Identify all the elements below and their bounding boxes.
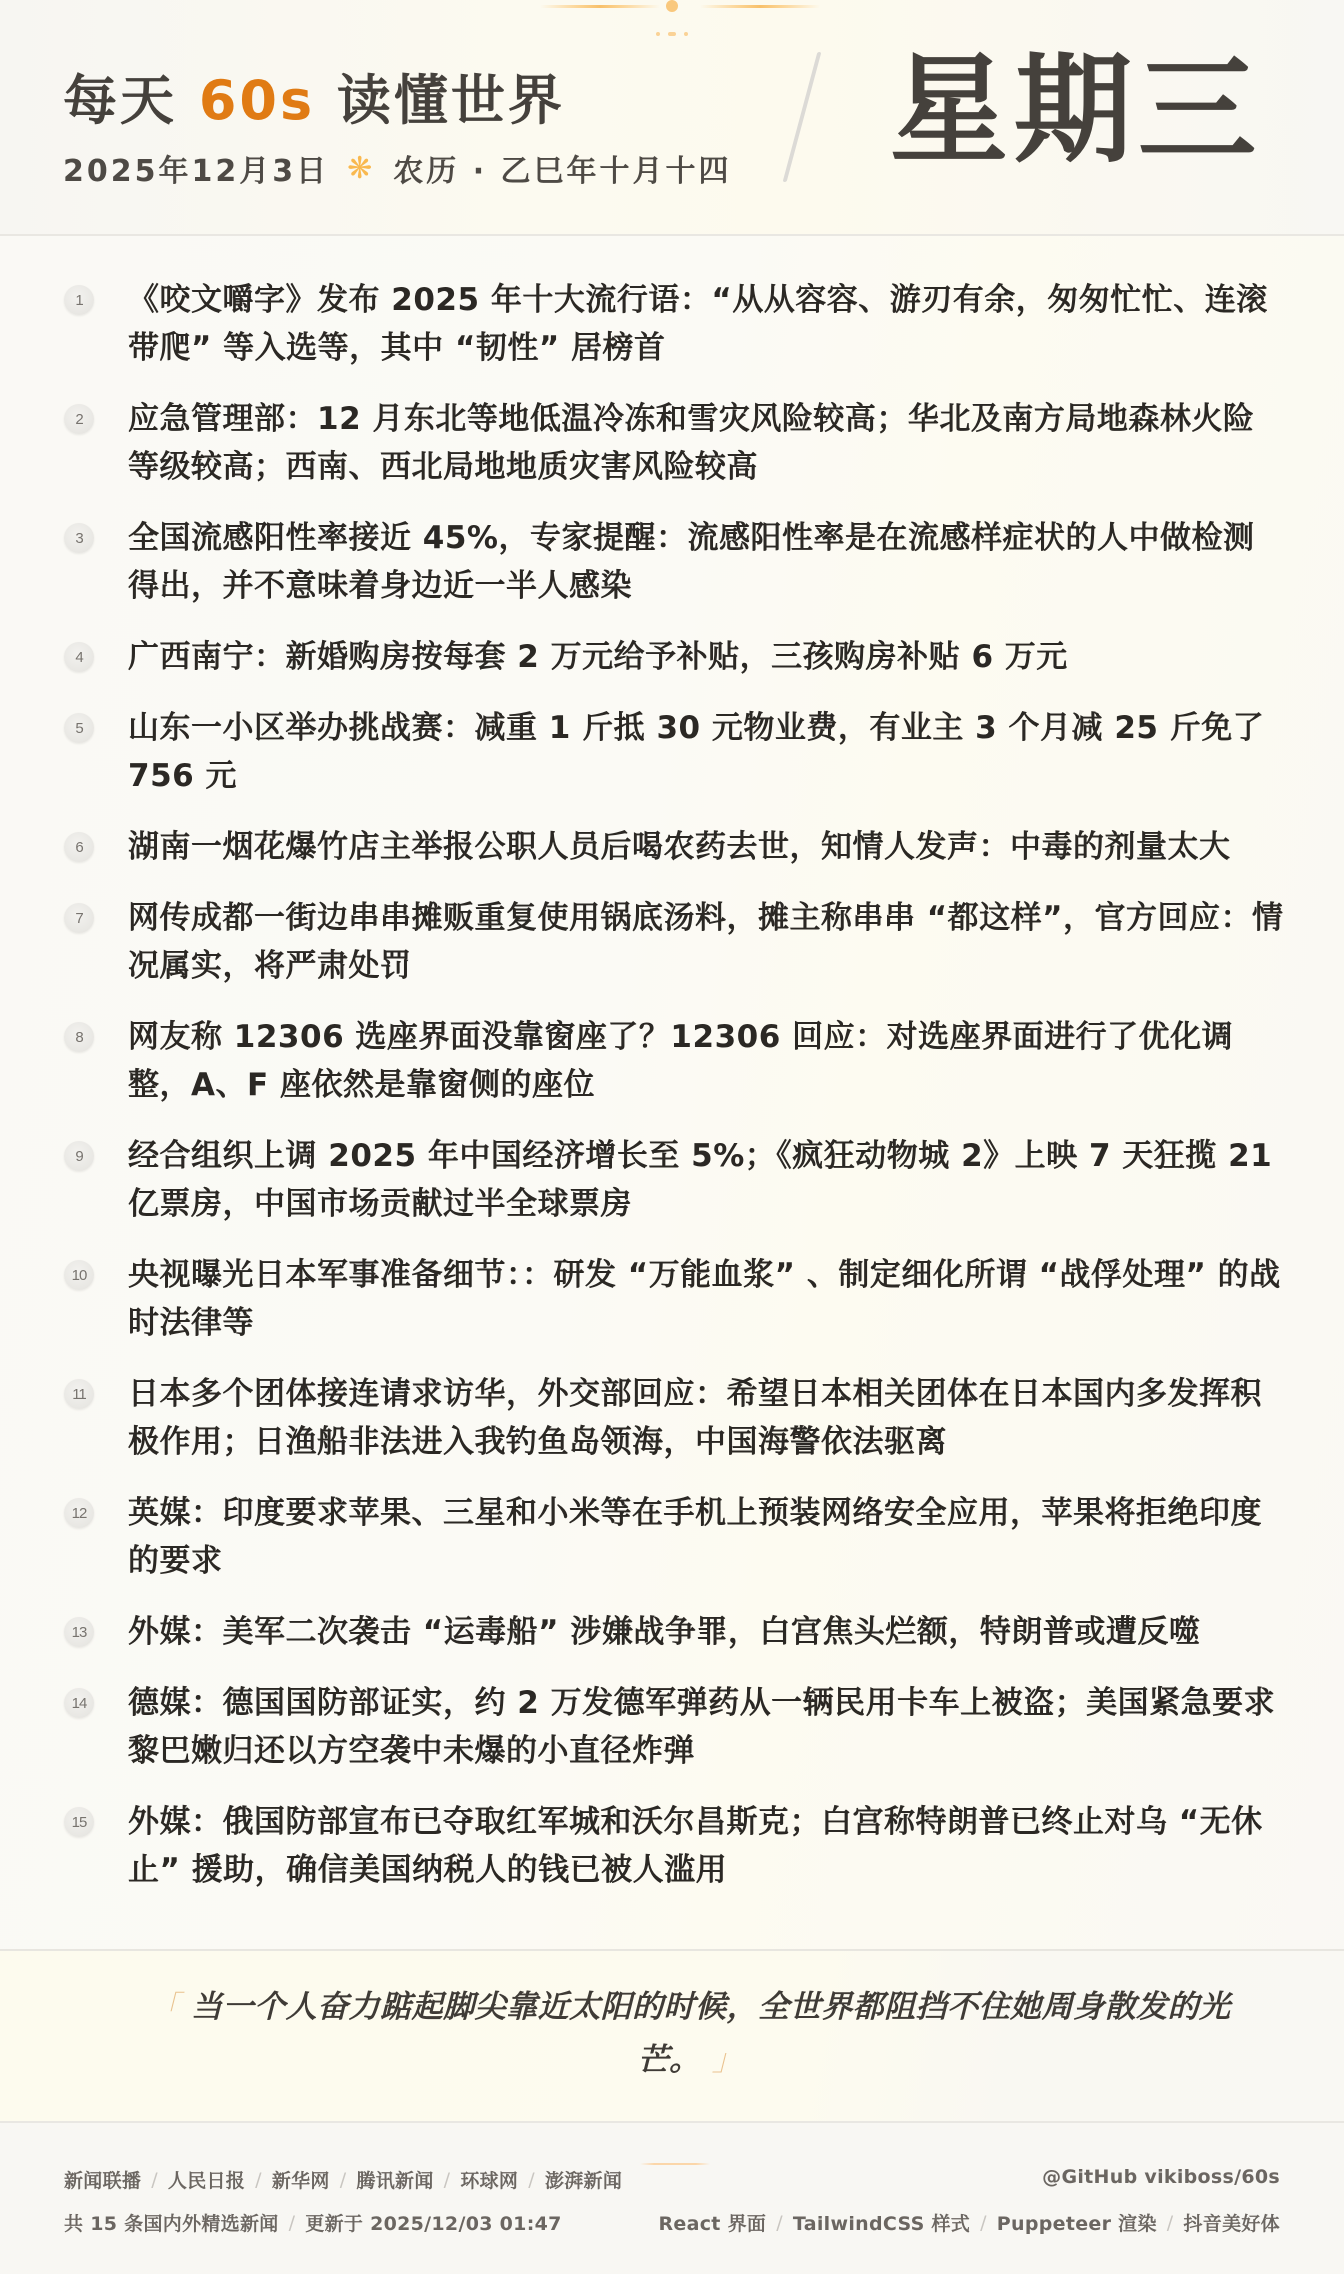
news-headline: 应急管理部：12 月东北等地低温冷冻和雪灾风险较高；华北及南方局地森林火险等级较… (128, 395, 1284, 491)
github-link[interactable]: @GitHub vikiboss/60s (1042, 2166, 1280, 2188)
news-source: 澎湃新闻 (545, 2166, 622, 2193)
title-accent: 60s (199, 69, 315, 132)
tech-credit: 抖音美好体 (1183, 2209, 1280, 2236)
news-item: 8网友称 12306 选座界面没靠窗座了？12306 回应：对选座界面进行了优化… (0, 1013, 1344, 1109)
news-index-badge: 8 (64, 1022, 94, 1052)
news-source: 环球网 (460, 2166, 518, 2193)
news-item: 15外媒：俄国防部宣布已夺取红军城和沃尔昌斯克；白宫称特朗普已终止对乌 “无休止… (0, 1798, 1344, 1894)
news-list: 1《咬文嚼字》发布 2025 年十大流行语：“从从容容、游刃有余，匆匆忙忙、连滚… (0, 236, 1344, 1894)
separator: / (776, 2212, 783, 2234)
ornament-mini-dot (656, 32, 660, 36)
slash-divider (783, 52, 822, 182)
lunar-date: 农历 · 乙巳年十月十四 (393, 146, 731, 190)
news-item: 12英媒：印度要求苹果、三星和小米等在手机上预装网络安全应用，苹果将拒绝印度的要… (0, 1489, 1344, 1585)
footer-github: @GitHub vikiboss/60s (1042, 2166, 1280, 2188)
news-item: 10央视曝光日本军事准备细节：：研发 “万能血浆” 、制定细化所谓 “战俘处理”… (0, 1251, 1344, 1347)
separator: / (980, 2212, 987, 2234)
news-item: 14德媒：德国国防部证实，约 2 万发德军弹药从一辆民用卡车上被盗；美国紧急要求… (0, 1679, 1344, 1775)
separator: / (255, 2169, 262, 2191)
news-item: 11日本多个团体接连请求访华，外交部回应：希望日本相关团体在日本国内多发挥积极作… (0, 1370, 1344, 1466)
news-index-badge: 1 (64, 285, 94, 315)
news-headline: 外媒：俄国防部宣布已夺取红军城和沃尔昌斯克；白宫称特朗普已终止对乌 “无休止” … (128, 1798, 1284, 1894)
daily-quote: 「 当一个人奋力踮起脚尖靠近太阳的时候，全世界都阻挡不住她周身散发的光芒。 」 (140, 1981, 1240, 2087)
news-headline: 《咬文嚼字》发布 2025 年十大流行语：“从从容容、游刃有余，匆匆忙忙、连滚带… (128, 276, 1284, 372)
separator: / (1167, 2212, 1174, 2234)
news-headline: 广西南宁：新婚购房按每套 2 万元给予补贴，三孩购房补贴 6 万元 (128, 633, 1284, 681)
ornament-line-left (540, 5, 660, 8)
news-headline: 英媒：印度要求苹果、三星和小米等在手机上预装网络安全应用，苹果将拒绝印度的要求 (128, 1489, 1284, 1585)
asterisk-flower-icon: ❋ (347, 151, 375, 186)
quote-open-mark: 「 (149, 1990, 180, 2025)
news-index-badge: 9 (64, 1141, 94, 1171)
news-headline: 日本多个团体接连请求访华，外交部回应：希望日本相关团体在日本国内多发挥积极作用；… (128, 1370, 1284, 1466)
news-item: 2应急管理部：12 月东北等地低温冷冻和雪灾风险较高；华北及南方局地森林火险等级… (0, 395, 1344, 491)
ornament-dot (666, 0, 678, 12)
date-line: 2025年12月3日 ❋ 农历 · 乙巳年十月十四 (63, 146, 732, 190)
news-item: 13外媒：美军二次袭击 “运毒船” 涉嫌战争罪，白宫焦头烂额，特朗普或遭反噬 (0, 1608, 1344, 1656)
news-index-badge: 5 (64, 713, 94, 743)
quote-close-mark: 」 (712, 2043, 743, 2078)
updated-time: 更新于 2025/12/03 01:47 (305, 2209, 561, 2236)
news-headline: 央视曝光日本军事准备细节：：研发 “万能血浆” 、制定细化所谓 “战俘处理” 的… (128, 1251, 1284, 1347)
news-item: 6湖南一烟花爆竹店主举报公职人员后喝农药去世，知情人发声：中毒的剂量太大 (0, 823, 1344, 871)
page-title: 每天 60s 读懂世界 (63, 58, 565, 135)
ornament-mini-dash (668, 32, 676, 36)
news-index-badge: 3 (64, 523, 94, 553)
quote-text: 当一个人奋力踮起脚尖靠近太阳的时候，全世界都阻挡不住她周身散发的光芒。 (191, 1989, 1231, 2078)
news-item: 4广西南宁：新婚购房按每套 2 万元给予补贴，三孩购房补贴 6 万元 (0, 633, 1344, 681)
separator: / (340, 2169, 347, 2191)
tech-credit: Puppeteer 渲染 (997, 2209, 1157, 2236)
ornament-line-right (700, 5, 820, 8)
quote-section: 「 当一个人奋力踮起脚尖靠近太阳的时候，全世界都阻挡不住她周身散发的光芒。 」 (0, 1949, 1344, 2121)
news-headline: 全国流感阳性率接近 45%，专家提醒：流感阳性率是在流感样症状的人中做检测得出，… (128, 514, 1284, 610)
news-source: 人民日报 (168, 2166, 245, 2193)
tech-credit: React 界面 (659, 2209, 767, 2236)
footer-summary: 共 15 条国内外精选新闻 / 更新于 2025/12/03 01:47 (64, 2209, 562, 2236)
news-index-badge: 2 (64, 404, 94, 434)
news-source: 腾讯新闻 (356, 2166, 433, 2193)
news-index-badge: 11 (64, 1379, 94, 1409)
news-item: 7网传成都一街边串串摊贩重复使用锅底汤料，摊主称串串 “都这样”，官方回应：情况… (0, 894, 1344, 990)
news-index-badge: 14 (64, 1688, 94, 1718)
tech-credit: TailwindCSS 样式 (793, 2209, 970, 2236)
separator: / (528, 2169, 535, 2191)
news-index-badge: 6 (64, 832, 94, 862)
news-item: 3全国流感阳性率接近 45%，专家提醒：流感阳性率是在流感样症状的人中做检测得出… (0, 514, 1344, 610)
separator: / (151, 2169, 158, 2191)
top-ornament (520, 0, 840, 40)
news-headline: 德媒：德国国防部证实，约 2 万发德军弹药从一辆民用卡车上被盗；美国紧急要求黎巴… (128, 1679, 1284, 1775)
separator: / (444, 2169, 451, 2191)
news-headline: 网传成都一街边串串摊贩重复使用锅底汤料，摊主称串串 “都这样”，官方回应：情况属… (128, 894, 1284, 990)
news-index-badge: 4 (64, 642, 94, 672)
solar-date: 2025年12月3日 (63, 146, 329, 190)
news-item: 1《咬文嚼字》发布 2025 年十大流行语：“从从容容、游刃有余，匆匆忙忙、连滚… (0, 276, 1344, 372)
footer-tech-stack: React 界面/TailwindCSS 样式/Puppeteer 渲染/抖音美… (659, 2209, 1281, 2236)
separator: / (289, 2212, 296, 2234)
news-headline: 外媒：美军二次袭击 “运毒船” 涉嫌战争罪，白宫焦头烂额，特朗普或遭反噬 (128, 1608, 1284, 1656)
news-index-badge: 7 (64, 903, 94, 933)
news-item: 5山东一小区举办挑战赛：减重 1 斤抵 30 元物业费，有业主 3 个月减 25… (0, 704, 1344, 800)
news-headline: 网友称 12306 选座界面没靠窗座了？12306 回应：对选座界面进行了优化调… (128, 1013, 1284, 1109)
ornament-mini-dot (684, 32, 688, 36)
news-headline: 湖南一烟花爆竹店主举报公职人员后喝农药去世，知情人发声：中毒的剂量太大 (128, 823, 1284, 871)
title-suffix: 读懂世界 (337, 69, 565, 132)
news-source: 新闻联播 (64, 2166, 141, 2193)
news-count: 共 15 条国内外精选新闻 (64, 2209, 279, 2236)
news-index-badge: 15 (64, 1807, 94, 1837)
header: 每天 60s 读懂世界 2025年12月3日 ❋ 农历 · 乙巳年十月十四 星期… (0, 0, 1344, 236)
title-prefix: 每天 (63, 69, 177, 132)
daily-news-card: 每天 60s 读懂世界 2025年12月3日 ❋ 农历 · 乙巳年十月十四 星期… (0, 0, 1344, 2274)
footer-sources: 新闻联播/人民日报/新华网/腾讯新闻/环球网/澎湃新闻 (64, 2166, 622, 2193)
news-source: 新华网 (272, 2166, 330, 2193)
news-index-badge: 10 (64, 1260, 94, 1290)
footer-ornament (640, 2163, 710, 2165)
weekday: 星期三 (890, 46, 1262, 176)
footer: 新闻联播/人民日报/新华网/腾讯新闻/环球网/澎湃新闻 共 15 条国内外精选新… (0, 2121, 1344, 2274)
news-index-badge: 12 (64, 1498, 94, 1528)
news-item: 9经合组织上调 2025 年中国经济增长至 5%；《疯狂动物城 2》上映 7 天… (0, 1132, 1344, 1228)
news-index-badge: 13 (64, 1617, 94, 1647)
news-headline: 山东一小区举办挑战赛：减重 1 斤抵 30 元物业费，有业主 3 个月减 25 … (128, 704, 1284, 800)
news-headline: 经合组织上调 2025 年中国经济增长至 5%；《疯狂动物城 2》上映 7 天狂… (128, 1132, 1284, 1228)
